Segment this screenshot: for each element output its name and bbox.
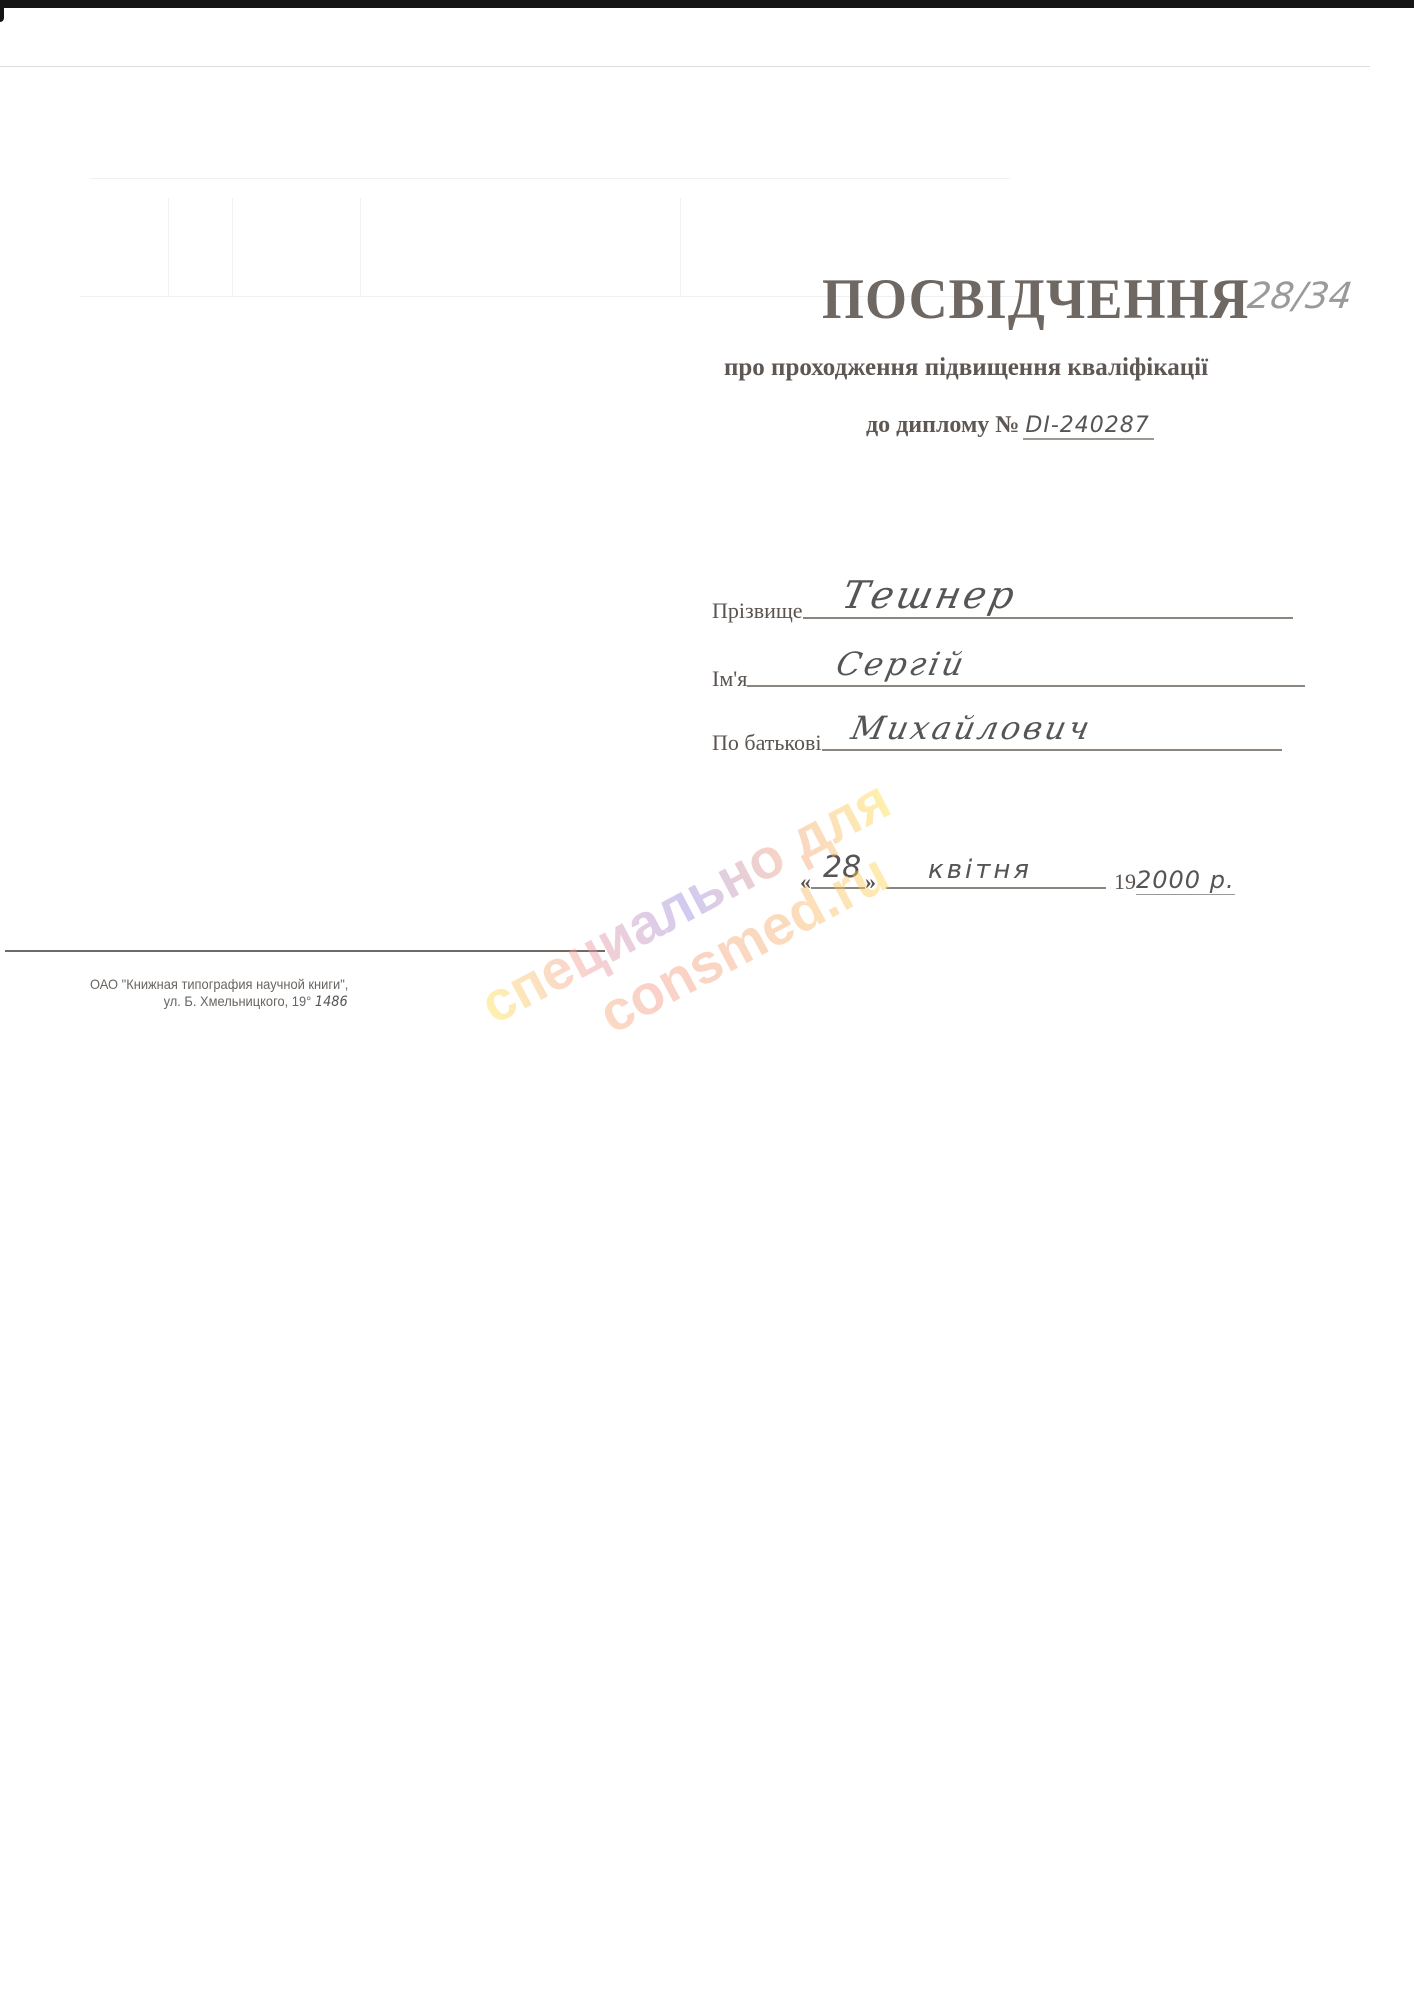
diploma-label: до диплому № — [866, 412, 1019, 439]
patronymic-field: По батькові Михайлович — [712, 730, 1282, 756]
watermark: специально для consmed.ru — [470, 767, 931, 1093]
date-open-quote: « — [800, 869, 811, 895]
date-close-quote: » — [865, 869, 876, 895]
surname-field: Прізвище Тешнер — [712, 598, 1293, 624]
name-value: Сергій — [833, 645, 970, 683]
date-year: 2000 р. — [1136, 866, 1235, 895]
document-subtitle: про проходження підвищення кваліфікації — [724, 354, 1208, 382]
date-year-prefix: 19 — [1114, 869, 1136, 895]
imprint-line-1: ОАО "Книжная типография научной книги", — [90, 976, 348, 993]
date-month: квітня — [928, 855, 1032, 885]
surname-line: Тешнер — [803, 615, 1293, 619]
date-day-line: 28 — [811, 885, 865, 889]
printer-imprint: ОАО "Книжная типография научной книги", … — [90, 976, 348, 1011]
watermark-line-2: consmed.ru — [500, 824, 930, 1093]
bleed-vline — [232, 198, 233, 298]
patronymic-value: Михайлович — [847, 709, 1095, 747]
bleed-vline — [168, 198, 169, 298]
watermark-line-1: специально для — [470, 767, 900, 1036]
bleed-line — [90, 178, 1010, 179]
scan-edge — [0, 0, 1414, 8]
fold-line — [0, 66, 1370, 67]
diploma-reference: до диплому № DI-240287 — [866, 412, 1154, 440]
bleed-vline — [680, 198, 681, 298]
surname-value: Тешнер — [838, 573, 1021, 617]
registration-number: 28/34 — [1245, 276, 1355, 317]
name-label: Ім'я — [712, 666, 747, 692]
imprint-line-2: ул. Б. Хмельницкого, 19° 1486 — [90, 993, 348, 1011]
bleed-vline — [360, 198, 361, 298]
imprint-address: ул. Б. Хмельницкого, 19° — [164, 993, 312, 1009]
date-month-line: квітня — [886, 885, 1106, 889]
patronymic-line: Михайлович — [822, 747, 1282, 751]
imprint-handwritten-number: 1486 — [315, 994, 348, 1010]
diploma-number: DI-240287 — [1023, 413, 1153, 440]
document-title: ПОСВІДЧЕННЯ — [822, 266, 1250, 331]
name-line: Сергій — [747, 683, 1305, 687]
surname-label: Прізвище — [712, 598, 803, 624]
name-field: Ім'я Сергій — [712, 666, 1305, 692]
patronymic-label: По батькові — [712, 730, 822, 756]
date-day: 28 — [823, 850, 861, 885]
issue-date: « 28 » квітня 19 2000 р. — [800, 866, 1235, 895]
imprint-divider — [5, 950, 605, 952]
